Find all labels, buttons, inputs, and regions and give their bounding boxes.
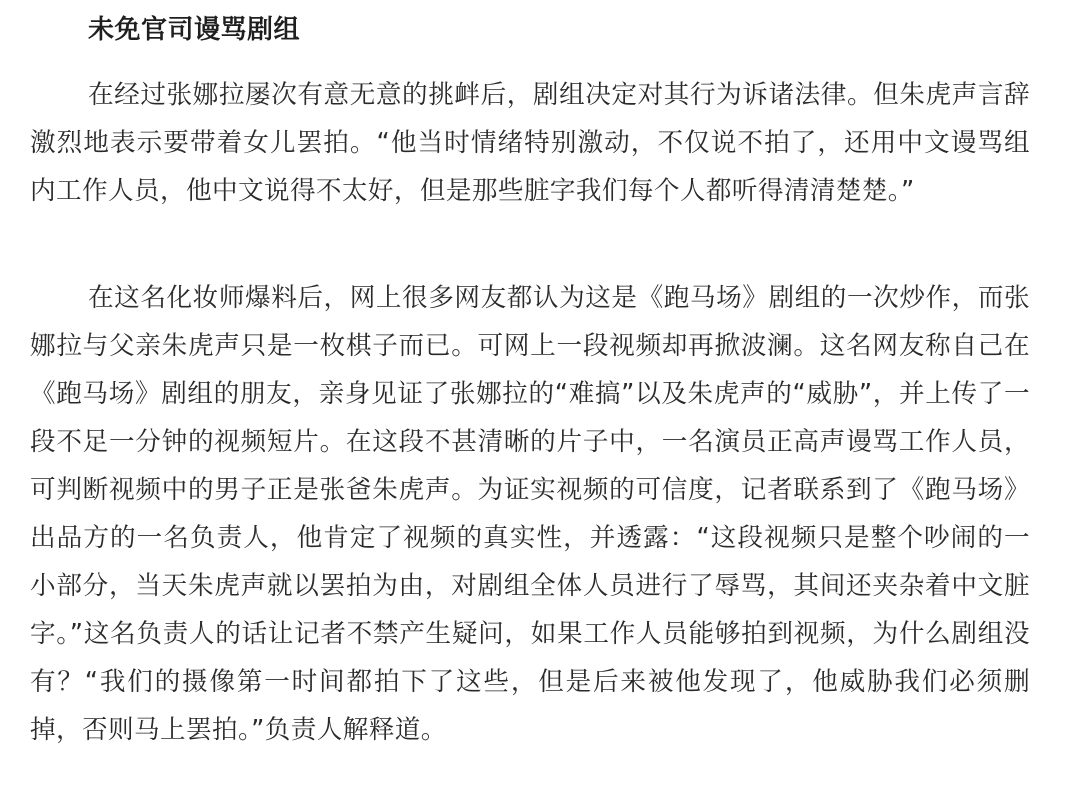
paragraph-lawsuit: 在经过张娜拉屡次有意无意的挑衅后，剧组决定对其行为诉诸法律。但朱虎声言辞激烈地表… [30, 71, 1030, 215]
section-title: 未免官司谩骂剧组 [88, 12, 300, 48]
paragraph-video-evidence: 在这名化妆师爆料后，网上很多网友都认为这是《跑马场》剧组的一次炒作，而张娜拉与父… [30, 274, 1030, 754]
